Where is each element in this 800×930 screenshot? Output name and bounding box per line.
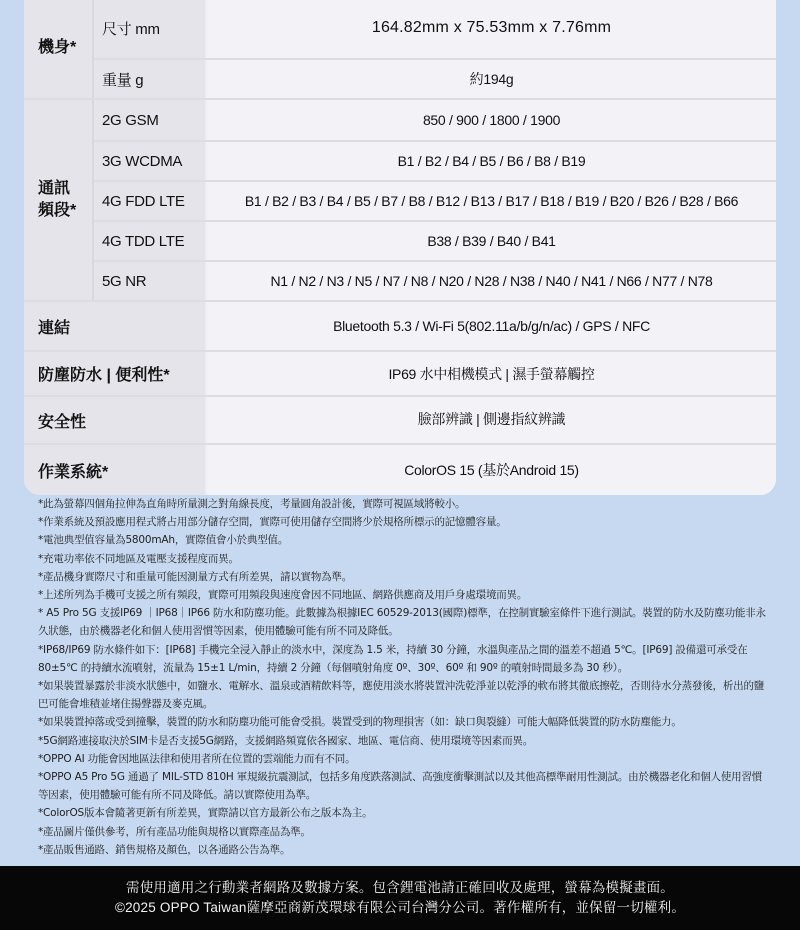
footnote: *如果裝置暴露於非淡水狀態中，如鹽水、電解水、溫泉或酒精飲料等，應使用淡水將裝置… bbox=[38, 677, 768, 713]
row-label: 連結 bbox=[24, 302, 207, 350]
row-label: 4G FDD LTE bbox=[94, 182, 207, 220]
row-value: 850 / 900 / 1800 / 1900 bbox=[207, 100, 776, 140]
spec-group-bands: 通訊 頻段* 2G GSM 850 / 900 / 1800 / 1900 3G… bbox=[24, 98, 776, 300]
footnote: *產品圖片僅供參考，所有產品功能與規格以實際產品為準。 bbox=[38, 823, 768, 841]
row-value: 約194g bbox=[207, 60, 776, 98]
footnote: *此為螢幕四個角拉伸為直角時所量測之對角線長度，考量圓角設計後，實際可視區域將較… bbox=[38, 495, 768, 513]
row-label: 安全性 bbox=[24, 397, 207, 443]
row-value: B1 / B2 / B4 / B5 / B6 / B8 / B19 bbox=[207, 142, 776, 180]
spec-row-dimensions: 尺寸 mm 164.82mm x 75.53mm x 7.76mm bbox=[94, 0, 776, 58]
row-value: B1 / B2 / B3 / B4 / B5 / B7 / B8 / B12 /… bbox=[207, 182, 776, 220]
footnote: *OPPO A5 Pro 5G 通過了 MIL-STD 810H 軍規級抗震測試… bbox=[38, 768, 768, 804]
spec-row-4g-fdd: 4G FDD LTE B1 / B2 / B3 / B4 / B5 / B7 /… bbox=[94, 180, 776, 220]
spec-row-5g: 5G NR N1 / N2 / N3 / N5 / N7 / N8 / N20 … bbox=[94, 260, 776, 300]
spec-row-3g: 3G WCDMA B1 / B2 / B4 / B5 / B6 / B8 / B… bbox=[94, 140, 776, 180]
footnote: *充電功率依不同地區及電壓支援程度而異。 bbox=[38, 550, 768, 568]
spec-row-2g: 2G GSM 850 / 900 / 1800 / 1900 bbox=[94, 100, 776, 140]
row-value: 臉部辨識 | 側邊指紋辨識 bbox=[207, 397, 776, 443]
row-label: 作業系統* bbox=[24, 445, 207, 495]
row-label: 3G WCDMA bbox=[94, 142, 207, 180]
row-label: 4G TDD LTE bbox=[94, 222, 207, 260]
group-label-bands: 通訊 頻段* bbox=[24, 100, 94, 300]
row-value: ColorOS 15 (基於Android 15) bbox=[207, 445, 776, 495]
footnote: *作業系統及預設應用程式將占用部分儲存空間，實際可使用儲存空間將少於規格所標示的… bbox=[38, 513, 768, 531]
footnote: *IP68/IP69 防水條件如下：[IP68] 手機完全浸入靜止的淡水中，深度… bbox=[38, 641, 768, 677]
row-label: 重量 g bbox=[94, 60, 207, 98]
footnote: *上述所列為手機可支援之所有頻段，實際可用頻段與速度會因不同地區、網路供應商及用… bbox=[38, 586, 768, 604]
footnote: *產品機身實際尺寸和重量可能因測量方式有所差異，請以實物為準。 bbox=[38, 568, 768, 586]
spec-row-4g-tdd: 4G TDD LTE B38 / B39 / B40 / B41 bbox=[94, 220, 776, 260]
row-label: 尺寸 mm bbox=[94, 0, 207, 58]
footnote: *5G網路連接取決於SIM卡是否支援5G網路，支援網路頻寬依各國家、地區、電信商… bbox=[38, 732, 768, 750]
group-label-body: 機身* bbox=[24, 0, 94, 98]
footnote: *電池典型值容量為5800mAh，實際值會小於典型值。 bbox=[38, 531, 768, 549]
row-value: 164.82mm x 75.53mm x 7.76mm bbox=[207, 0, 776, 58]
row-label: 防塵防水 | 便利性* bbox=[24, 352, 207, 395]
spec-row-ip-rating: 防塵防水 | 便利性* IP69 水中相機模式 | 濕手螢幕觸控 bbox=[24, 350, 776, 395]
page-footer: 需使用適用之行動業者網路及數據方案。包含鋰電池請正確回收及處理，螢幕為模擬畫面。… bbox=[0, 866, 800, 930]
spec-group-body: 機身* 尺寸 mm 164.82mm x 75.53mm x 7.76mm 重量… bbox=[24, 0, 776, 98]
row-value: B38 / B39 / B40 / B41 bbox=[207, 222, 776, 260]
footer-disclaimer: 需使用適用之行動業者網路及數據方案。包含鋰電池請正確回收及處理，螢幕為模擬畫面。 bbox=[0, 878, 800, 898]
spec-row-security: 安全性 臉部辨識 | 側邊指紋辨識 bbox=[24, 395, 776, 443]
footnote: *如果裝置掉落或受到撞擊，裝置的防水和防塵功能可能會受損。裝置受到的物理損害（如… bbox=[38, 713, 768, 731]
footnotes: *此為螢幕四個角拉伸為直角時所量測之對角線長度，考量圓角設計後，實際可視區域將較… bbox=[38, 495, 768, 859]
spec-row-weight: 重量 g 約194g bbox=[94, 58, 776, 98]
row-label: 2G GSM bbox=[94, 100, 207, 140]
row-label: 5G NR bbox=[94, 262, 207, 300]
footnote: *OPPO AI 功能會因地區法律和使用者所在位置的雲端能力而有不同。 bbox=[38, 750, 768, 768]
spec-row-os: 作業系統* ColorOS 15 (基於Android 15) bbox=[24, 443, 776, 495]
row-value: IP69 水中相機模式 | 濕手螢幕觸控 bbox=[207, 352, 776, 395]
row-value: N1 / N2 / N3 / N5 / N7 / N8 / N20 / N28 … bbox=[207, 262, 776, 300]
footnote: * A5 Pro 5G 支援IP69 ｜IP68｜IP66 防水和防塵功能。此數… bbox=[38, 604, 768, 640]
row-value: Bluetooth 5.3 / Wi-Fi 5(802.11a/b/g/n/ac… bbox=[207, 302, 776, 350]
footnote: *產品販售通路、銷售規格及顏色，以各通路公告為準。 bbox=[38, 841, 768, 859]
spec-table: 機身* 尺寸 mm 164.82mm x 75.53mm x 7.76mm 重量… bbox=[24, 0, 776, 495]
spec-row-connectivity: 連結 Bluetooth 5.3 / Wi-Fi 5(802.11a/b/g/n… bbox=[24, 300, 776, 350]
footnote: *ColorOS版本會隨著更新有所差異，實際請以官方最新公布之版本為主。 bbox=[38, 804, 768, 822]
footer-copyright: ©2025 OPPO Taiwan薩摩亞商新茂環球有限公司台灣分公司。著作權所有… bbox=[0, 898, 800, 918]
